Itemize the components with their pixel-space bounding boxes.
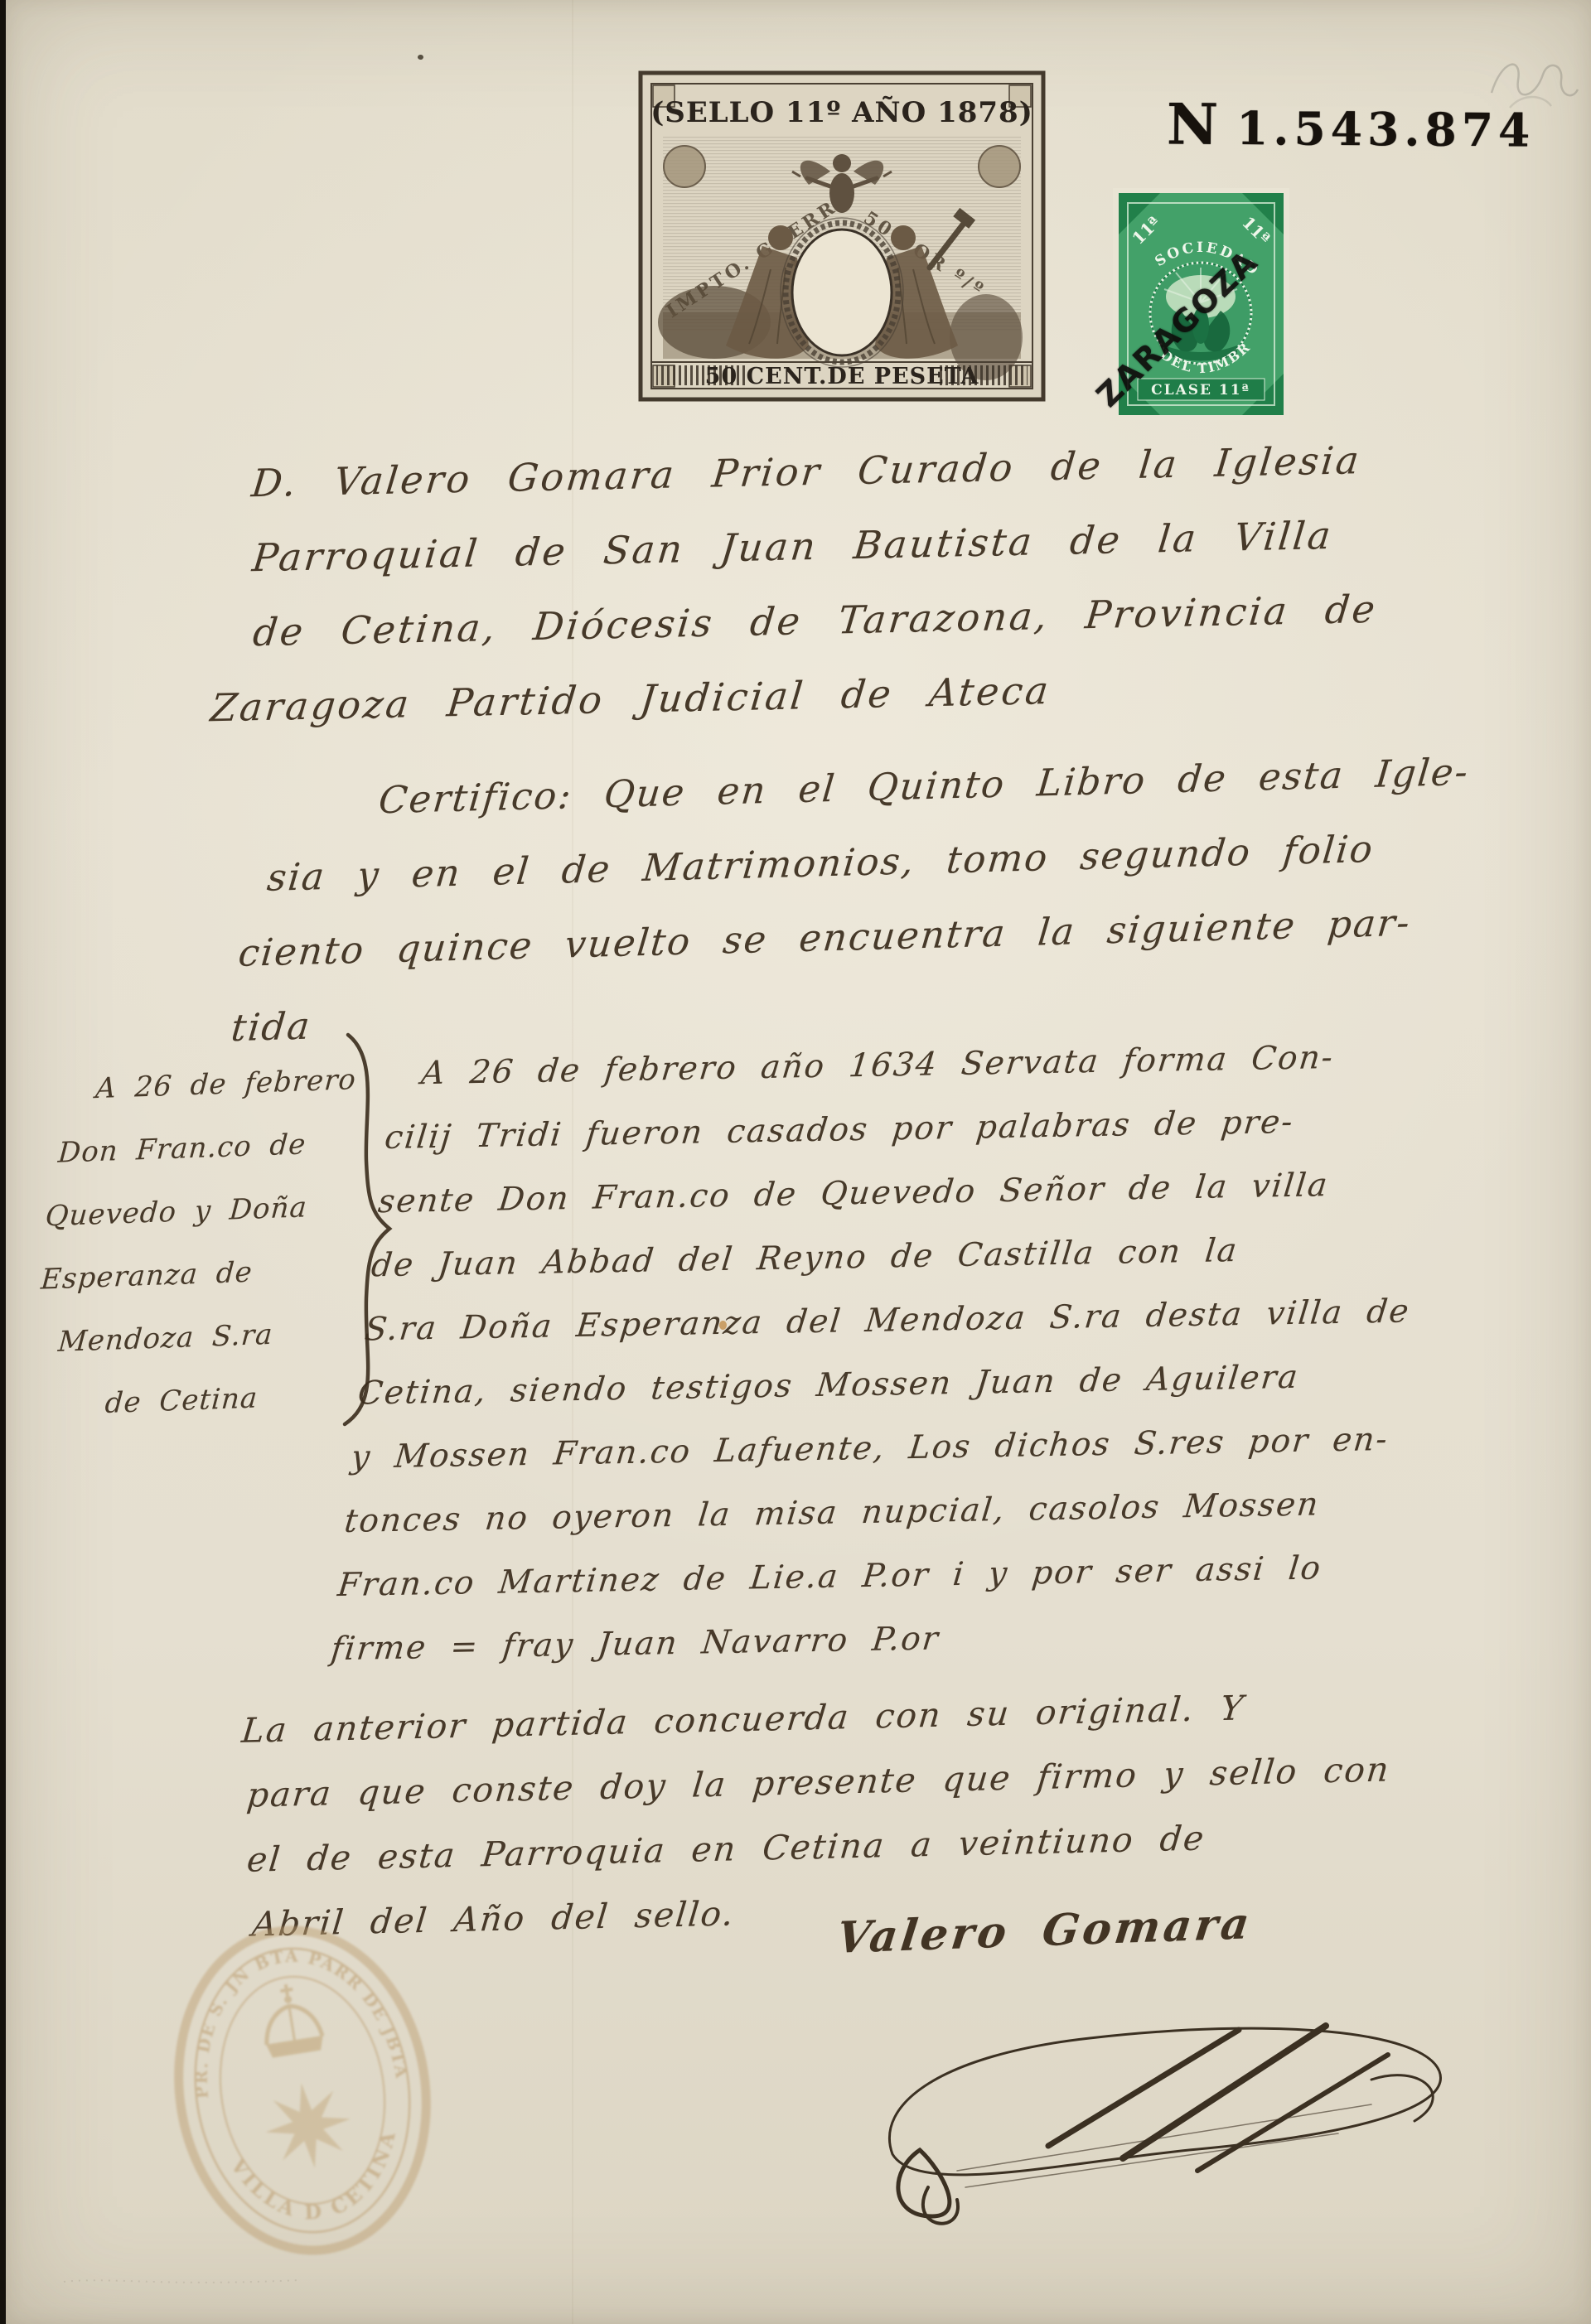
ink-fleck bbox=[719, 1321, 727, 1330]
seal-star bbox=[259, 2076, 357, 2175]
opening-paragraph: D. Valero Gomara Prior Curado de la Igle… bbox=[225, 418, 1564, 745]
margin-note-line: Quevedo y Doña bbox=[43, 1174, 354, 1248]
control-number: N1.543.874 bbox=[1167, 91, 1535, 160]
document-photo: { "revenue_stamp": { "header": "(SELLO 1… bbox=[0, 0, 1591, 2324]
revenue-stamp: (SELLO 11º AÑO 1878) IMPTO. GUERRA 50 PO… bbox=[638, 70, 1046, 402]
margin-note-line: Esperanza de bbox=[39, 1238, 350, 1312]
blank-oval bbox=[792, 230, 892, 355]
margin-note-line: A 26 de febrero bbox=[94, 1048, 363, 1120]
margin-note: A 26 de febrero Don Fran.co de Quevedo y… bbox=[30, 1048, 363, 1437]
ink-speck bbox=[418, 55, 423, 60]
margin-note-line: Don Fran.co de bbox=[56, 1111, 358, 1185]
pencil-note bbox=[60, 2273, 308, 2288]
medallion-right bbox=[979, 146, 1020, 187]
parish-seal: PR. DE S. JN BTA PARR DE JBTA VILLA D CE… bbox=[164, 1919, 442, 2263]
signature-rubric bbox=[841, 1979, 1479, 2244]
margin-note-line: de Cetina bbox=[103, 1364, 341, 1435]
margin-note-line: Mendoza S.ra bbox=[56, 1301, 345, 1374]
control-number-prefix: N bbox=[1167, 91, 1219, 157]
fiscal-stamp-class-band: CLASE 11ª bbox=[1151, 382, 1250, 399]
revenue-stamp-header: (SELLO 11º AÑO 1878) bbox=[650, 96, 1033, 129]
pencil-scribble bbox=[1485, 35, 1584, 126]
certification-paragraph: Certifico: Que en el Quinto Libro de est… bbox=[228, 732, 1565, 1065]
revenue-stamp-vignette: (SELLO 11º AÑO 1878) IMPTO. GUERRA 50 PO… bbox=[638, 70, 1046, 402]
seal-crown bbox=[258, 1980, 324, 2058]
revenue-stamp-denomination: 50 CENT.DE PESETA bbox=[705, 364, 979, 389]
marriage-record-paragraph: A 26 de febrero año 1634 Servata forma C… bbox=[328, 1022, 1589, 1682]
medallion-left bbox=[664, 146, 705, 187]
